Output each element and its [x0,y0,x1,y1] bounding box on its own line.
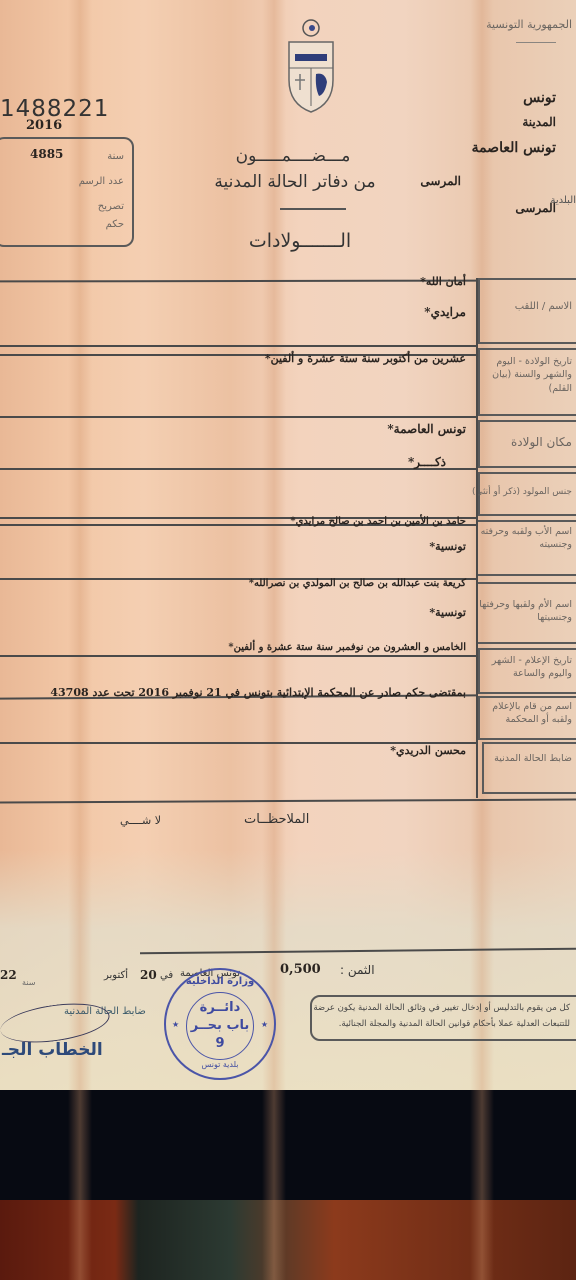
title-line2: من دفاتر الحالة المدنية [210,172,380,192]
city-label: المدينة [522,115,556,129]
header-divider [516,42,556,43]
paper-fold [262,0,286,1280]
stamp-ring-text: وزارة الداخلية [166,976,274,987]
year-label: سنة [22,978,35,987]
record-number: 4885 [30,147,63,161]
issued-day: 20 [140,968,157,982]
governorate: تونس [523,90,556,106]
city-value: تونس العاصمة [472,140,556,156]
stamp-star-icon: ★ [172,1020,179,1029]
judgment-label: حكم [106,218,124,232]
official-stamp: وزارة الداخلية دائــرة باب بحــر 9 بلدية… [164,968,276,1080]
row-rule [0,655,476,657]
declaration-label: تصريح [98,200,124,214]
field-value: الخامس و العشرون من نوفمبر سنة ستة عشرة … [228,642,466,653]
price-value: 0,500 [280,962,321,977]
delegation-value: المرسى [420,174,461,188]
field-value: تونسية* [429,606,466,619]
row-rule [0,468,476,470]
officer-name: الخطاب الجـ [2,1040,103,1060]
municipality-value: المرسى [515,201,556,215]
field-value: ذكــــر* [408,455,446,469]
record-number-label: عدد الرسم [79,175,124,189]
row-rule [0,345,476,347]
field-label: مكان الولادة [511,434,572,451]
remarks-label: الملاحظــات [244,812,309,827]
field-value: تونسية* [429,540,466,553]
field-value: مرايدي* [424,305,466,319]
republic-header: الجمهورية التونسية [486,18,572,31]
issued-month: أكتوبر [104,970,128,981]
field-label: اسم من قام بالإعلام ولقبه أو المحكمة [477,700,572,727]
stamp-bottom-text: بلدية تونس [166,1060,274,1069]
remarks-value: لا شــــي [120,814,161,827]
field-label: اسم الأب ولقبه وحرفته وجنسيته [477,525,572,552]
field-label: اسم الأم ولقبها وحرفتها وجنسيتها [477,598,572,625]
label-cell [482,742,576,794]
stamp-star-icon: ★ [261,1020,268,1029]
title-line1: مـــضــــمـــــون [220,146,366,166]
row-rule [0,416,476,418]
field-label: جنس المولود (ذكر أو أنثى) [472,486,572,499]
title-underline [280,208,346,210]
year-label: سنة [107,150,124,164]
field-value: حامد بن الأمين بن احمد بن صالح مرايدي* [290,516,466,527]
field-value: تونس العاصمة* [387,422,466,436]
field-label: تاريخ الإعلام - الشهر واليوم والساعة [477,654,572,681]
year-fragment: 22 [0,968,17,982]
field-label: ضابط الحالة المدنية [494,752,572,765]
field-label: الاسم / اللقب [482,300,572,314]
field-value: أمان الله* [420,275,466,288]
column-rule [476,278,478,798]
field-label: تاريخ الولادة - اليوم والشهر والسنة (بيا… [477,355,572,395]
reference-year: 2016 [26,118,62,133]
tunisia-coat-of-arms-icon [283,18,339,114]
title-line3: الـــــــولادات [230,230,370,252]
price-label: الثمن : [340,963,375,977]
stamp-inner-ring [186,992,254,1060]
warning-text-line2: للتتبعات العدلية عملا بأحكام قوانين الحا… [310,1016,570,1032]
warning-text-line1: كل من يقوم بالتدليس أو إدخال تغيير في وث… [310,1000,570,1016]
field-value: محسن الدريدي* [390,744,466,757]
field-value: عشرين من أكتوبر سنة ستة عشرة و ألفين* [265,352,466,365]
field-value: بمقتضى حكم صادر عن المحكمة الإبتدائية بت… [50,686,466,699]
field-value: كريعة بنت عبدالله بن صالح بن المولدي بن … [249,578,466,589]
